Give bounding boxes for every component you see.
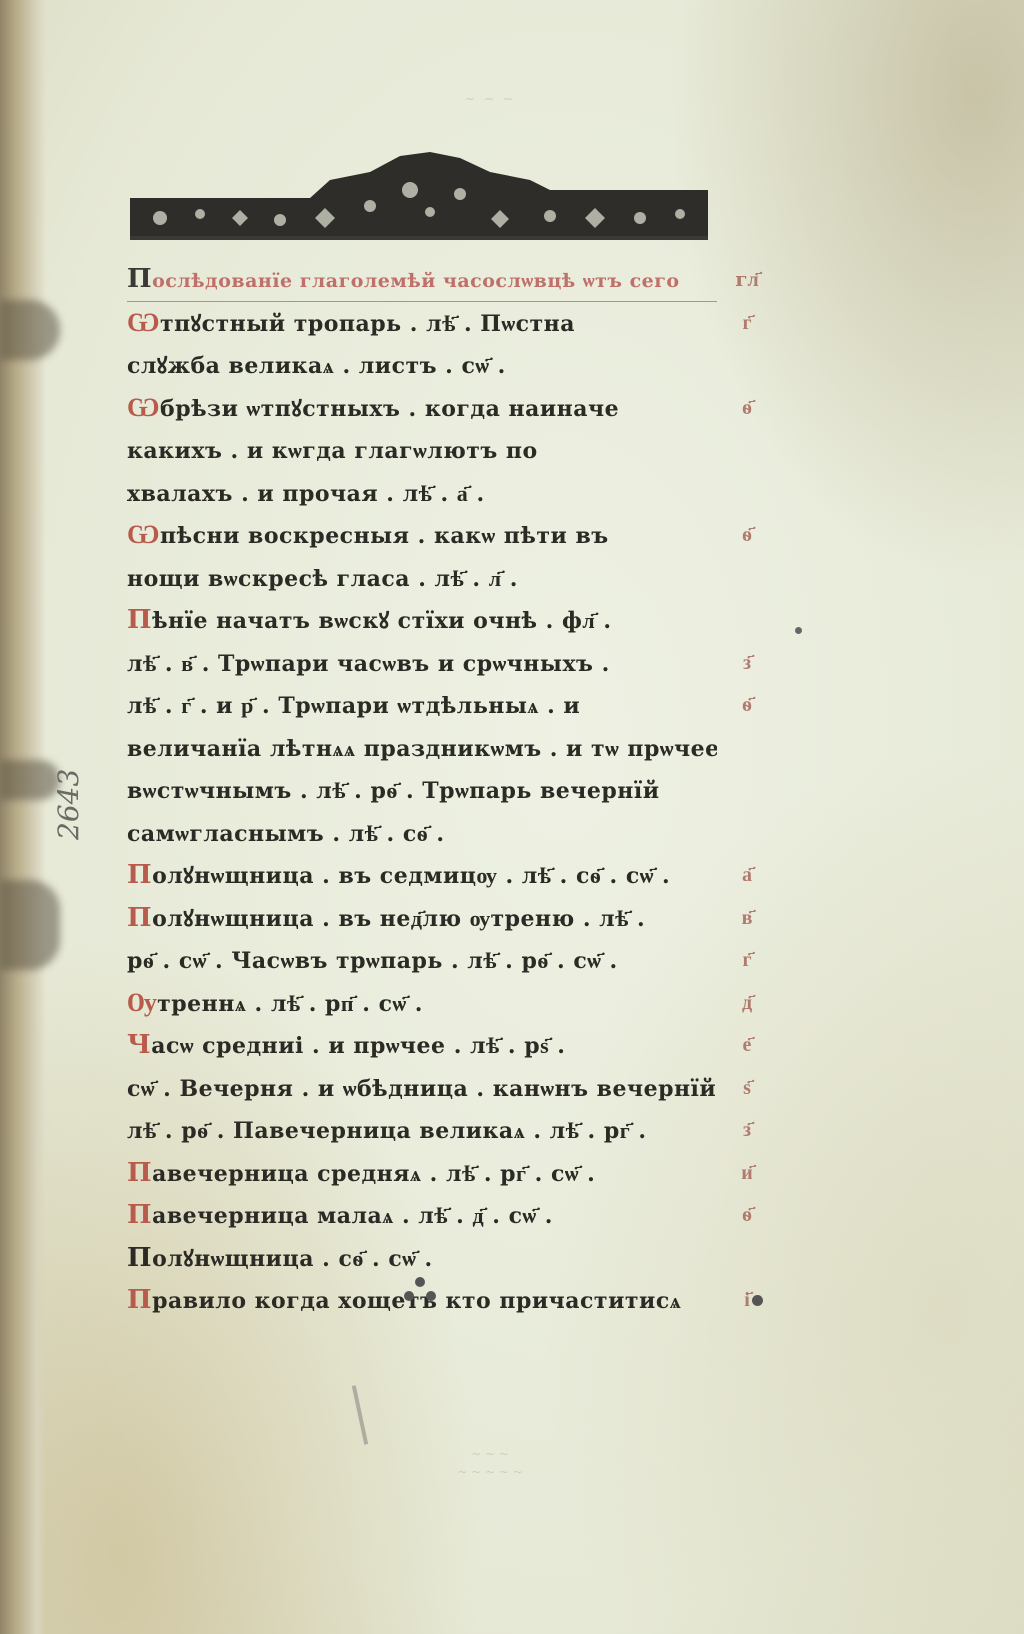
red-initial: Ѡ (127, 308, 160, 338)
red-initial: П (127, 1200, 152, 1230)
three-dot-fleuron-icon (400, 1275, 440, 1315)
text-line: Павечерница малаѧ . лѣ҃ . д҃ . сѡ҃ . (127, 1194, 717, 1237)
edge-stain (0, 880, 60, 970)
margin-numeral (732, 1236, 762, 1279)
margin-numeral (732, 598, 762, 641)
woodcut-headpiece (130, 150, 708, 240)
margin-numeral: г҃ (732, 301, 762, 344)
margin-numeral: ѳ҃ (732, 513, 762, 556)
text-line: Полꙋнѡщница . въ нед҃лю ѹтреню . лѣ҃ . (127, 897, 717, 940)
line-text: олꙋнѡщница . сѳ҃ . сѡ҃ . (152, 1246, 433, 1272)
line-text: авечерница малаѧ . лѣ҃ . д҃ . сѡ҃ . (152, 1203, 553, 1229)
text-line: вѡстѡчнымъ . лѣ҃ . рѳ҃ . Трѡпарь вечернї… (127, 769, 717, 812)
text-line: Пѣнїе начатъ вѡскꙋ стїхи очнѣ . фл҃ . (127, 599, 717, 642)
text-line: нощи вѡскресѣ гласа . лѣ҃ . л҃ . (127, 557, 717, 600)
line-text: какихъ . и кѡгда глагѡлютъ по (127, 438, 538, 464)
margin-numeral (732, 811, 762, 854)
text-line: сѡ҃ . Вечерня . и ѡбѣдница . канѡнъ вече… (127, 1067, 717, 1110)
drop-initial: П (127, 264, 152, 294)
margin-numeral (732, 768, 762, 811)
text-line: Ѡбрѣзи ѡтпꙋстныхъ . когда наиначе (127, 387, 717, 430)
text-line: рѳ҃ . сѡ҃ . Часѡвъ трѡпарь . лѣ҃ . рѳ҃ .… (127, 939, 717, 982)
line-text: самѡгласнымъ . лѣ҃ . сѳ҃ . (127, 821, 445, 847)
margin-numeral: ѳ҃ (732, 386, 762, 429)
margin-numeral: ѳ҃ (732, 1193, 762, 1236)
handwritten-inventory-number: 2643 (52, 690, 92, 840)
line-text: пѣсни воскресныя . какѡ пѣти въ (160, 523, 609, 549)
red-initial: П (127, 1158, 152, 1188)
text-line: Полꙋнѡщница . сѳ҃ . сѡ҃ . (127, 1237, 717, 1280)
margin-numeral (732, 726, 762, 769)
margin-numeral (732, 428, 762, 471)
edge-stain (0, 300, 60, 360)
text-line: Часѡ средниі . и прѡчее . лѣ҃ . рѕ҃ . (127, 1024, 717, 1067)
line-text: хвалахъ . и прочая . лѣ҃ . а҃ . (127, 481, 485, 507)
line-text: рѳ҃ . сѡ҃ . Часѡвъ трѡпарь . лѣ҃ . рѳ҃ .… (127, 948, 618, 974)
red-initial: Ѡ (127, 520, 160, 550)
line-text: вѡстѡчнымъ . лѣ҃ . рѳ҃ . Трѡпарь вечернї… (127, 778, 660, 804)
margin-numeral (732, 471, 762, 514)
line-text: олꙋнѡщница . въ нед҃лю ѹтреню . лѣ҃ . (152, 906, 645, 932)
ink-dot (752, 1295, 763, 1306)
line-text: олꙋнѡщница . въ седмицѹ . лѣ҃ . сѳ҃ . сѡ… (152, 863, 670, 889)
line-text: брѣзи ѡтпꙋстныхъ . когда наиначе (160, 396, 619, 422)
margin-numeral: ѕ҃ (732, 1066, 762, 1109)
table-of-contents-text: Послѣдованїе глаголемѣй часослѡвцѣ ѡтъ с… (127, 258, 717, 1322)
faded-library-stamp-bottom: ~ ~ ~ ~ ~ ~ ~ ~ (385, 1445, 595, 1485)
margin-numeral: а҃ (732, 853, 762, 896)
margin-numeral: з҃ (732, 1108, 762, 1151)
margin-numeral: и҃ (732, 1151, 762, 1194)
pencil-mark (352, 1385, 368, 1445)
faded-library-stamp-top: ~ ~ ~ (380, 92, 600, 132)
text-line: слꙋжба великаѧ . листъ . сѡ҃ . (127, 344, 717, 387)
line-text: лѣ҃ . г҃ . и р҃ . Трѡпари ѡтдѣльныѧ . и (127, 693, 580, 719)
margin-numeral: ѳ҃ (732, 683, 762, 726)
line-text: ѣнїе начатъ вѡскꙋ стїхи очнѣ . фл҃ . (152, 608, 611, 634)
red-initial: П (127, 860, 152, 890)
text-line: Полꙋнѡщница . въ седмицѹ . лѣ҃ . сѳ҃ . с… (127, 854, 717, 897)
text-line-title: Послѣдованїе глаголемѣй часослѡвцѣ ѡтъ с… (127, 258, 717, 302)
text-line: лѣ҃ . в҃ . Трѡпари часѡвъ и срѡчныхъ . (127, 642, 717, 685)
text-line: величанїа лѣтнѧѧ праздникѡмъ . и тѡ прѡч… (127, 727, 717, 770)
line-text: сѡ҃ . Вечерня . и ѡбѣдница . канѡнъ вече… (127, 1076, 717, 1102)
margin-numeral: гл҃ (732, 258, 762, 301)
text-line: самѡгласнымъ . лѣ҃ . сѳ҃ . (127, 812, 717, 855)
line-text: асѡ средниі . и прѡчее . лѣ҃ . рѕ҃ . (151, 1033, 565, 1059)
text-line: хвалахъ . и прочая . лѣ҃ . а҃ . (127, 472, 717, 515)
text-line: Павечерница средняѧ . лѣ҃ . рг҃ . сѡ҃ . (127, 1152, 717, 1195)
line-text: треннѧ . лѣ҃ . рп҃ . сѡ҃ . (157, 991, 423, 1017)
red-initial: Ч (127, 1030, 151, 1060)
margin-numerals-column: гл҃ г҃ ѳ҃ ѳ҃ з҃ ѳ҃ а҃ в҃ г҃ д҃ е҃ ѕ҃ з҃ … (732, 258, 762, 1321)
ink-dot (795, 627, 802, 634)
red-initial: Ѡ (127, 393, 160, 423)
line-text: ослѣдованїе глаголемѣй часослѡвцѣ ѡтъ се… (152, 270, 679, 292)
text-line: лѣ҃ . рѳ҃ . Павечерница великаѧ . лѣ҃ . … (127, 1109, 717, 1152)
red-initial: П (127, 605, 152, 635)
margin-numeral (732, 556, 762, 599)
line-text: тпꙋстный тропарь . лѣ҃ . Пѡстна (160, 311, 575, 337)
line-text: слꙋжба великаѧ . листъ . сѡ҃ . (127, 353, 506, 379)
text-line: какихъ . и кѡгда глагѡлютъ по (127, 429, 717, 472)
line-text: величанїа лѣтнѧѧ праздникѡмъ . и тѡ прѡч… (127, 736, 717, 762)
text-line: Ѡтпꙋстный тропарь . лѣ҃ . Пѡстна (127, 302, 717, 345)
edge-stain (0, 760, 60, 800)
red-initial: Ѹ (127, 988, 157, 1018)
line-text: нощи вѡскресѣ гласа . лѣ҃ . л҃ . (127, 566, 518, 592)
line-text: лѣ҃ . в҃ . Трѡпари часѡвъ и срѡчныхъ . (127, 651, 610, 677)
stamp-line: ~ ~ ~ ~ ~ (385, 1463, 595, 1481)
text-line: Ѡпѣсни воскресныя . какѡ пѣти въ (127, 514, 717, 557)
margin-numeral: е҃ (732, 1023, 762, 1066)
line-text: авечерница средняѧ . лѣ҃ . рг҃ . сѡ҃ . (152, 1161, 595, 1187)
margin-numeral: з҃ (732, 641, 762, 684)
red-initial: П (127, 1285, 152, 1315)
text-line: лѣ҃ . г҃ . и р҃ . Трѡпари ѡтдѣльныѧ . и (127, 684, 717, 727)
book-page: ~ ~ ~ Послѣдованїе глаголемѣй часослѡвцѣ… (0, 0, 1024, 1634)
binding-edge (0, 0, 46, 1634)
margin-numeral (732, 343, 762, 386)
margin-numeral: г҃ (732, 938, 762, 981)
stamp-line: ~ ~ ~ (385, 1445, 595, 1463)
red-initial: П (127, 903, 152, 933)
margin-numeral: д҃ (732, 981, 762, 1024)
line-text: лѣ҃ . рѳ҃ . Павечерница великаѧ . лѣ҃ . … (127, 1118, 647, 1144)
black-initial: П (127, 1243, 152, 1273)
text-line: Ѹтреннѧ . лѣ҃ . рп҃ . сѡ҃ . (127, 982, 717, 1025)
margin-numeral: в҃ (732, 896, 762, 939)
